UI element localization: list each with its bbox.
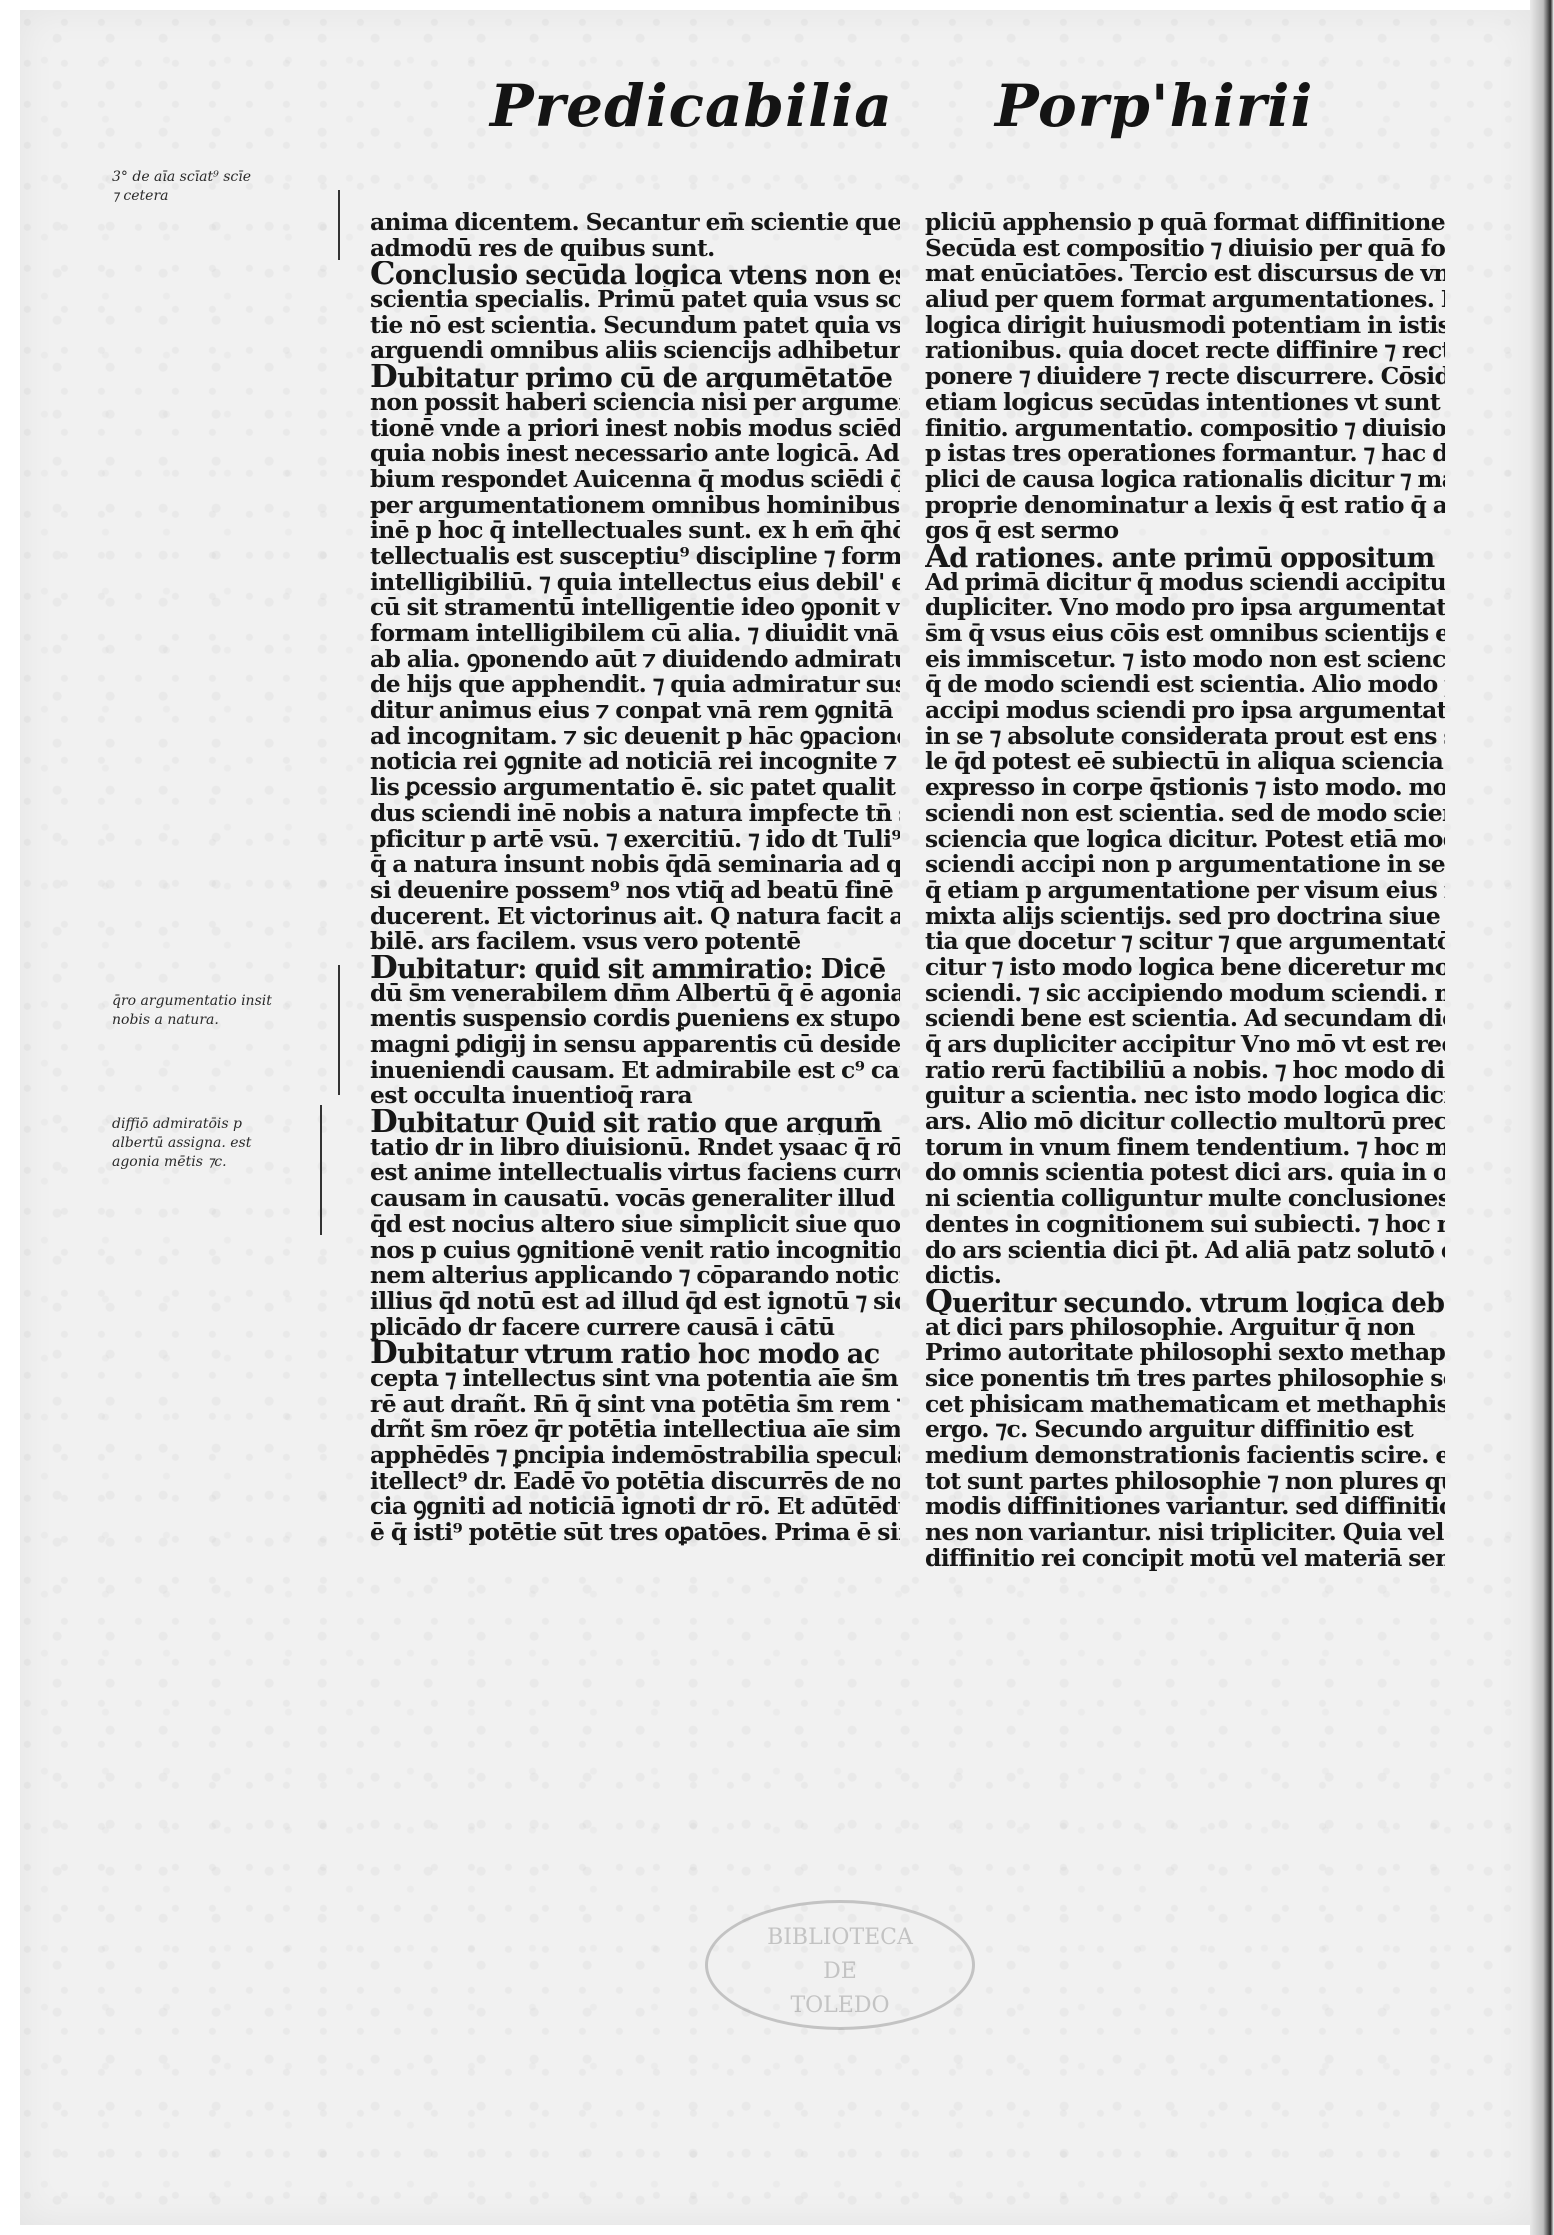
text-line: q̄ etiam p argumentatione per visum eius… [925, 878, 1445, 904]
margin-note-admiratio: diffiō admiratōis p albertū assigna. est… [112, 1115, 251, 1172]
text-line: ē q̄ isti⁹ potētie sūt tres oꝑatōes. Pri… [370, 1520, 900, 1546]
text-line: arguendi omnibus aliis sciencijs adhibet… [370, 338, 900, 364]
text-line: ponere ⁊ diuidere ⁊ recte discurrere. Cō… [925, 364, 1445, 390]
text-line: plici de causa logica rationalis dicitur… [925, 467, 1445, 493]
margin-note-argumentatio: q̄ro argumentatio insit nobis a natura. [112, 992, 272, 1030]
running-head-right: Porp'hirii [995, 72, 1313, 140]
text-line: ni scientia colliguntur multe conclusion… [925, 1186, 1445, 1212]
section-heading-line: Queritur secundo. vtrum logica debe [925, 1289, 1445, 1315]
text-line: tionē vnde a priori inest nobis modus sc… [370, 416, 900, 442]
text-line: finitio. argumentatio. compositio ⁊ diui… [925, 416, 1445, 442]
text-line: bium respondet Auicenna q̄ modus sciēdi … [370, 467, 900, 493]
text-line: anima dicentem. Secantur em̄ scientie qu… [370, 210, 900, 236]
section-heading-line: Dubitatur primo cū de argumētatōe [370, 364, 900, 390]
text-line: at dici pars philosophie. Arguitur q̄ no… [925, 1315, 1445, 1341]
text-line: Primo autoritate philosophi sexto methap… [925, 1340, 1445, 1366]
text-line: ergo. ⁊c. Secundo arguitur diffinitio es… [925, 1417, 1445, 1443]
text-line: sciendi bene est scientia. Ad secundam d… [925, 1006, 1445, 1032]
text-line: tot sunt partes philosophie ⁊ non plures… [925, 1469, 1445, 1495]
text-line: intelligibiliū. ⁊ quia intellectus eius … [370, 570, 900, 596]
text-line: de hijs que apphendit. ⁊ quia admiratur … [370, 672, 900, 698]
text-line: ratio rerū factibiliū a nobis. ⁊ hoc mod… [925, 1058, 1445, 1084]
section-heading-line: Ad rationes. ante primū oppositum [925, 544, 1445, 570]
text-line: pficitur p artē vsū. ⁊ exercitiū. ⁊ ido … [370, 827, 900, 853]
text-line: gos q̄ est sermo [925, 518, 1445, 544]
text-line: q̄ ars dupliciter accipitur Vno mō vt es… [925, 1032, 1445, 1058]
text-line: q̄d est nocius altero siue simplicit̄ si… [370, 1212, 900, 1238]
text-line: do ars scientia dici p̄t. Ad aliā patz s… [925, 1238, 1445, 1264]
text-line: apphēdēs ⁊ ꝑncipia indemōstrabilia specu… [370, 1443, 900, 1469]
text-line: guitur a scientia. nec isto modo logica … [925, 1083, 1445, 1109]
text-line: cia ꝯgniti ad noticiā ignoti d̄r rō. Et … [370, 1494, 900, 1520]
text-line: plicādo d̄r facere currere causā i cātū [370, 1315, 900, 1341]
text-line: torum in vnum finem tendentium. ⁊ hoc mo… [925, 1135, 1445, 1161]
text-line: etiam logicus secūdas intentiones vt sun… [925, 390, 1445, 416]
margin-bracket-lower [320, 1105, 322, 1235]
text-line: rationibus. quia docet recte diffinire ⁊… [925, 338, 1445, 364]
text-line: bilē. ars facilem. vsus vero potentē [370, 929, 900, 955]
text-line: tie nō est scientia. Secundum patet quia… [370, 313, 900, 339]
margin-note-line: 3° de aīa scīat⁹ scīe [112, 168, 251, 187]
text-line: inueniendi causam. Et admirabile est c⁹ … [370, 1058, 900, 1084]
text-line: cepta ⁊ intellectus sint vna potentia aī… [370, 1366, 900, 1392]
text-line: aliud per quem format argumentationes. E… [925, 287, 1445, 313]
text-line: noticia rei ꝯgnite ad noticiā rei incogn… [370, 749, 900, 775]
text-line: diffinitio rei concipit motū vel materiā… [925, 1546, 1445, 1572]
text-line: sciendi non est scientia. sed de modo sc… [925, 801, 1445, 827]
text-line: dentes in cognitionem sui subiecti. ⁊ ho… [925, 1212, 1445, 1238]
text-line: nem alterius applicando ⁊ cōparando noti… [370, 1263, 900, 1289]
text-line: ditur animus eius ⁊ conpat vnā rem ꝯgnit… [370, 698, 900, 724]
text-line: dus sciendi inē nobis a natura impfecte … [370, 801, 900, 827]
stamp-line: BIBLIOTECA [708, 1921, 972, 1955]
text-line: nos p cuius ꝯgnitionē venit ratio incogn… [370, 1238, 900, 1264]
margin-bracket-top [338, 190, 340, 260]
text-line: dū s̄m venerabilem dn̄m Albertū q̄ ē ago… [370, 981, 900, 1007]
text-line: eis immiscetur. ⁊ isto modo non est scie… [925, 647, 1445, 673]
text-line: mentis suspensio cordis ꝑueniens ex stup… [370, 1006, 900, 1032]
text-line: scientia specialis. Primū patet quia vsu… [370, 287, 900, 313]
text-line: ducerent. Et victorinus ait. Q̄ natura f… [370, 904, 900, 930]
text-line: itellect⁹ d̄r. Eadē v̄o potētia discurrē… [370, 1469, 900, 1495]
text-line: dictis. [925, 1263, 1445, 1289]
section-heading-line: Dubitatur Quid sit ratio que argum̄ [370, 1109, 900, 1135]
text-line: sice ponentis tm̄ tres partes philosophi… [925, 1366, 1445, 1392]
text-line: quia nobis inest necessario ante logicā.… [370, 441, 900, 467]
text-line: illius q̄d notū est ad illud q̄d est ign… [370, 1289, 900, 1315]
text-line: tatio d̄r in libro diuisionū. R̄ndet ysa… [370, 1135, 900, 1161]
text-column-right: pliciū apphensio p quā format diffinitio… [925, 210, 1445, 1571]
text-line: citur ⁊ isto modo logica bene diceretur … [925, 955, 1445, 981]
text-line: rē aut d̄rañt. R̄n̄ q̄ sint vna potētia … [370, 1392, 900, 1418]
margin-note-line: ⁊ cetera [112, 187, 251, 206]
text-line: do omnis scientia potest dici ars. quia … [925, 1160, 1445, 1186]
text-line: sciendi. ⁊ sic accipiendo modum sciendi.… [925, 981, 1445, 1007]
text-line: s̄m q̄ vsus eius cōis est omnibus scient… [925, 621, 1445, 647]
text-line: mixta alijs scientijs. sed pro doctrina … [925, 904, 1445, 930]
margin-bracket-middle [338, 965, 340, 1095]
margin-note-line: diffiō admiratōis p [112, 1115, 251, 1134]
running-head-left: Predicabilia [490, 72, 893, 140]
margin-note-line: nobis a natura. [112, 1011, 272, 1030]
text-line: si deuenire possem⁹ nos vtiq̄ ad beatū f… [370, 878, 900, 904]
text-line: expresso in corpe q̄stionis ⁊ isto modo.… [925, 775, 1445, 801]
section-heading-line: Conclusio secūda logica vtens non est [370, 261, 900, 287]
text-line: tellectualis est susceptiu⁹ discipline ⁊… [370, 544, 900, 570]
book-page: Predicabilia Porp'hirii 3° de aīa scīat⁹… [20, 10, 1530, 2225]
text-line: Secūda est compositio ⁊ diuisio per quā … [925, 236, 1445, 262]
text-line: sciendi accipi non p argumentatione in s… [925, 852, 1445, 878]
text-line: dupliciter. Vno modo pro ipsa argumentat… [925, 595, 1445, 621]
text-line: d̄rñt s̄m rōez q̄r potētia intellectiua … [370, 1417, 900, 1443]
text-line: admodū res de quibus sunt. [370, 236, 900, 262]
text-line: ad incognitam. ⁊ sic deuenit p hāc ꝯpaci… [370, 724, 900, 750]
page-edge-shadow [1530, 0, 1554, 2235]
text-line: le q̄d potest eē subiectū in aliqua scie… [925, 749, 1445, 775]
margin-note-line: albertū assigna. est [112, 1134, 251, 1153]
text-line: modis diffinitiones variantur. sed diffi… [925, 1494, 1445, 1520]
stamp-line: DE [708, 1955, 972, 1989]
text-line: cū sit stramentū intelligentie ideo ꝯpon… [370, 595, 900, 621]
text-line: p istas tres operationes formantur. ⁊ ha… [925, 441, 1445, 467]
text-line: Ad primā dicitur q̄ modus sciendi accipi… [925, 570, 1445, 596]
text-line: in se ⁊ absolute considerata prout est e… [925, 724, 1445, 750]
text-line: logica dirigit huiusmodi potentiam in is… [925, 313, 1445, 339]
text-line: pliciū apphensio p quā format diffinitio… [925, 210, 1445, 236]
text-line: formam intelligibilem cū alia. ⁊ diuidit… [370, 621, 900, 647]
text-line: per argumentationem omnibus hominibus [370, 493, 900, 519]
section-heading-line: Dubitatur vtrum ratio hoc modo ac [370, 1340, 900, 1366]
text-line: est occulta inuentioq̄ rara [370, 1083, 900, 1109]
stamp-line: TOLEDO [708, 1989, 972, 2023]
text-line: ars. Alio mō dicitur collectio multorū p… [925, 1109, 1445, 1135]
text-line: magni ꝑdigij in sensu apparentis cū desi… [370, 1032, 900, 1058]
text-line: non possit haberi sciencia nisi per argu… [370, 390, 900, 416]
margin-note-line: q̄ro argumentatio insit [112, 992, 272, 1011]
library-stamp: BIBLIOTECA DE TOLEDO [705, 1900, 975, 2030]
text-line: mat enūciatōes. Tercio est discursus de … [925, 261, 1445, 287]
text-line: tia que docetur ⁊ scitur ⁊ que argumenta… [925, 929, 1445, 955]
text-line: proprie denominatur a lexis q̄ est ratio… [925, 493, 1445, 519]
text-line: est anime intellectualis virtus faciens … [370, 1160, 900, 1186]
section-heading-line: Dubitatur: quid sit ammiratio: Dicē [370, 955, 900, 981]
text-line: accipi modus sciendi pro ipsa argumentat… [925, 698, 1445, 724]
text-line: medium demonstrationis facientis scire. … [925, 1443, 1445, 1469]
text-line: nes non variantur. nisi tripliciter. Qui… [925, 1520, 1445, 1546]
margin-note-top: 3° de aīa scīat⁹ scīe ⁊ cetera [112, 168, 251, 206]
text-line: causam in causatū. vocās generaliter ill… [370, 1186, 900, 1212]
text-line: q̄ de modo sciendi est scientia. Alio mo… [925, 672, 1445, 698]
margin-note-line: agonia mētis ⁊c. [112, 1153, 251, 1172]
text-line: ab alia. ꝯponendo aūt ⁊ diuidendo admira… [370, 647, 900, 673]
text-line: lis ꝑcessio argumentatio ē. sic patet qu… [370, 775, 900, 801]
text-column-left: anima dicentem. Secantur em̄ scientie qu… [370, 210, 900, 1546]
text-line: cet phisicam mathematicam et methaphisic… [925, 1392, 1445, 1418]
text-line: sciencia que logica dicitur. Potest etiā… [925, 827, 1445, 853]
text-line: inē p hoc q̄ intellectuales sunt. ex h̄ … [370, 518, 900, 544]
text-line: q̄ a natura insunt nobis q̄dā seminaria … [370, 852, 900, 878]
